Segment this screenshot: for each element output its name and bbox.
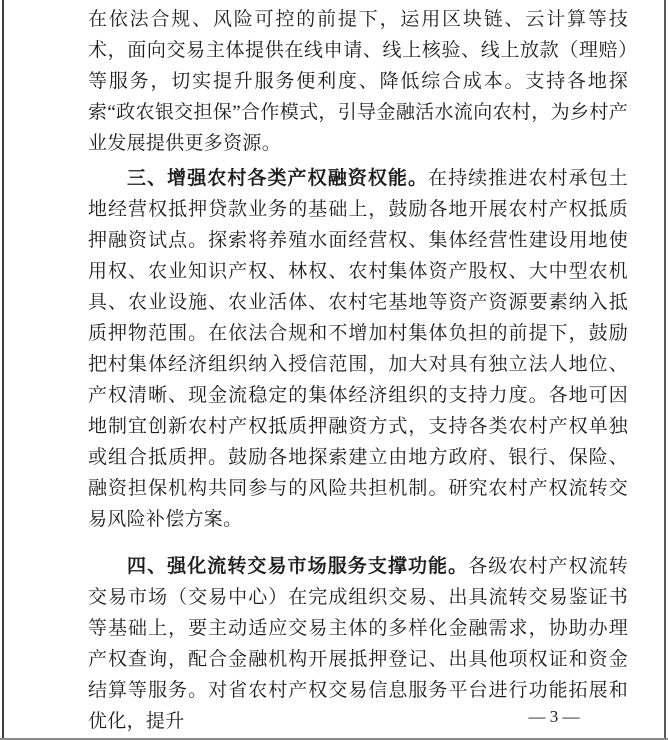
scan-right-edge-line: [664, 0, 666, 740]
document-body: 在依法合规、风险可控的前提下，运用区块链、云计算等技术，面向交易主体提供在线申请…: [88, 4, 628, 737]
document-page: 在依法合规、风险可控的前提下，运用区块链、云计算等技术，面向交易主体提供在线申请…: [0, 0, 668, 740]
page-number: — 3 —: [504, 707, 604, 726]
paragraph-continuation: 在依法合规、风险可控的前提下，运用区块链、云计算等技术，面向交易主体提供在线申请…: [88, 4, 628, 159]
section-4-heading: 四、强化流转交易市场服务支撑功能。: [127, 556, 468, 577]
paragraph-text: 在持续推进农村承包土地经营权抵押贷款业务的基础上，鼓励各地开展农村产权抵质押融资…: [88, 168, 628, 530]
paragraph-text: 各级农村产权流转交易市场（交易中心）在完成组织交易、出具流转交易鉴证书等基础上，…: [88, 556, 628, 732]
paragraph-section-3: 三、增强农村各类产权融资权能。在持续推进农村承包土地经营权抵押贷款业务的基础上，…: [88, 163, 628, 535]
paragraph-text: 在依法合规、风险可控的前提下，运用区块链、云计算等技术，面向交易主体提供在线申请…: [88, 9, 628, 154]
scan-left-edge-line: [2, 0, 4, 740]
section-3-heading: 三、增强农村各类产权融资权能。: [127, 168, 428, 189]
